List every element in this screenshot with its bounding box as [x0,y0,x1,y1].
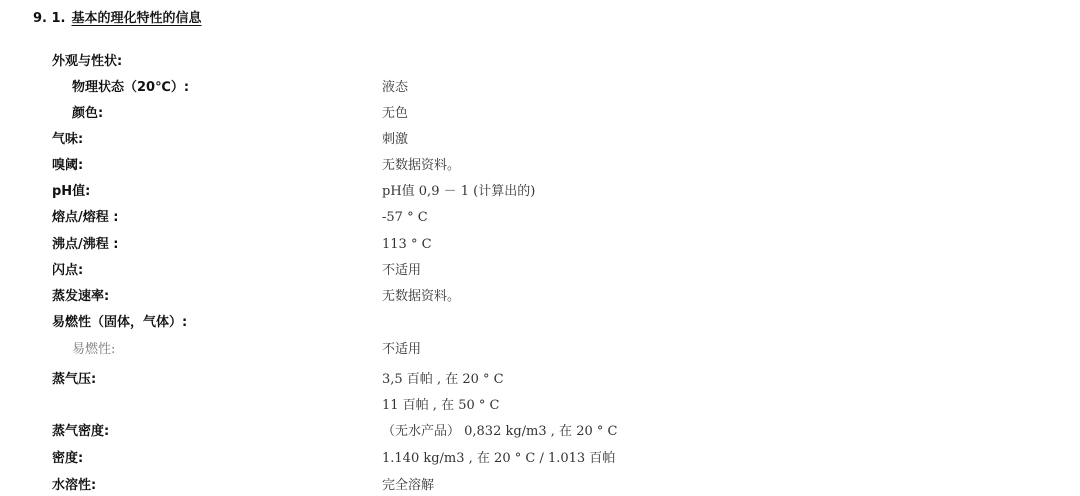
property-row-ph: pH值: pH值 0,9 － 1 (计算出的) [0,182,1080,208]
property-value: 无数据资料。 [382,287,460,307]
property-row-melting-point: 熔点/熔程 : -57 ° C [0,208,1080,234]
property-value: 刺激 [382,130,408,150]
property-row-flash-point: 闪点: 不适用 [0,261,1080,287]
property-row-physical-state: 物理状态（20℃）: 液态 [0,78,1080,104]
property-value: 完全溶解 [382,476,434,496]
property-row-water-solubility: 水溶性: 完全溶解 [0,476,1080,496]
property-label: 外观与性状: [52,52,122,72]
property-label: 易燃性（固体，气体）: [52,313,187,333]
property-label: 蒸气密度: [52,422,109,442]
property-label: 颜色: [72,104,103,124]
property-label: 密度: [52,449,83,469]
property-row-flammability: 易燃性: 不适用 [0,340,1080,366]
property-row-boiling-point: 沸点/沸程 : 113 ° C [0,235,1080,261]
property-row-vapor-pressure: 蒸气压: 3,5 百帕 , 在 20 ° C [0,370,1080,396]
property-label: 嗅阈: [52,156,83,176]
property-label: 闪点: [52,261,83,281]
property-value: 11 百帕 , 在 50 ° C [382,396,499,416]
property-row-density: 密度: 1.140 kg/m3 , 在 20 ° C / 1.013 百帕 [0,449,1080,475]
section-heading: 9. 1.基本的理化特性的信息 [33,7,202,26]
property-value: 3,5 百帕 , 在 20 ° C [382,370,504,390]
property-label: 熔点/熔程 : [52,208,118,228]
property-label: 水溶性: [52,476,96,496]
property-label: 蒸气压: [52,370,96,390]
property-value: 无色 [382,104,408,124]
property-value: 无数据资料。 [382,156,460,176]
property-row-odor: 气味: 刺激 [0,130,1080,156]
section-number: 9. 1. [33,11,66,26]
property-row-odor-threshold: 嗅阈: 无数据资料。 [0,156,1080,182]
property-row-evaporation-rate: 蒸发速率: 无数据资料。 [0,287,1080,313]
property-label: 气味: [52,130,83,150]
property-row-color: 颜色: 无色 [0,104,1080,130]
section-title: 基本的理化特性的信息 [72,11,202,26]
property-value: 不适用 [382,340,421,360]
property-row-vapor-density: 蒸气密度: （无水产品） 0,832 kg/m3 , 在 20 ° C [0,422,1080,448]
property-value: pH值 0,9 － 1 (计算出的) [382,182,535,202]
property-label: pH值: [52,182,90,202]
property-value: 113 ° C [382,235,432,255]
property-value: -57 ° C [382,208,428,228]
property-row-vapor-pressure-2: 11 百帕 , 在 50 ° C [0,396,1080,422]
property-value: 1.140 kg/m3 , 在 20 ° C / 1.013 百帕 [382,449,615,469]
property-value: 液态 [382,78,408,98]
property-value: 不适用 [382,261,421,281]
property-label: 沸点/沸程 : [52,235,118,255]
property-label: 蒸发速率: [52,287,109,307]
property-value: （无水产品） 0,832 kg/m3 , 在 20 ° C [382,422,617,442]
property-label: 物理状态（20℃）: [72,78,189,98]
property-row-appearance: 外观与性状: [0,52,1080,78]
property-row-flammability-group: 易燃性（固体，气体）: [0,313,1080,339]
property-label: 易燃性: [72,340,115,360]
